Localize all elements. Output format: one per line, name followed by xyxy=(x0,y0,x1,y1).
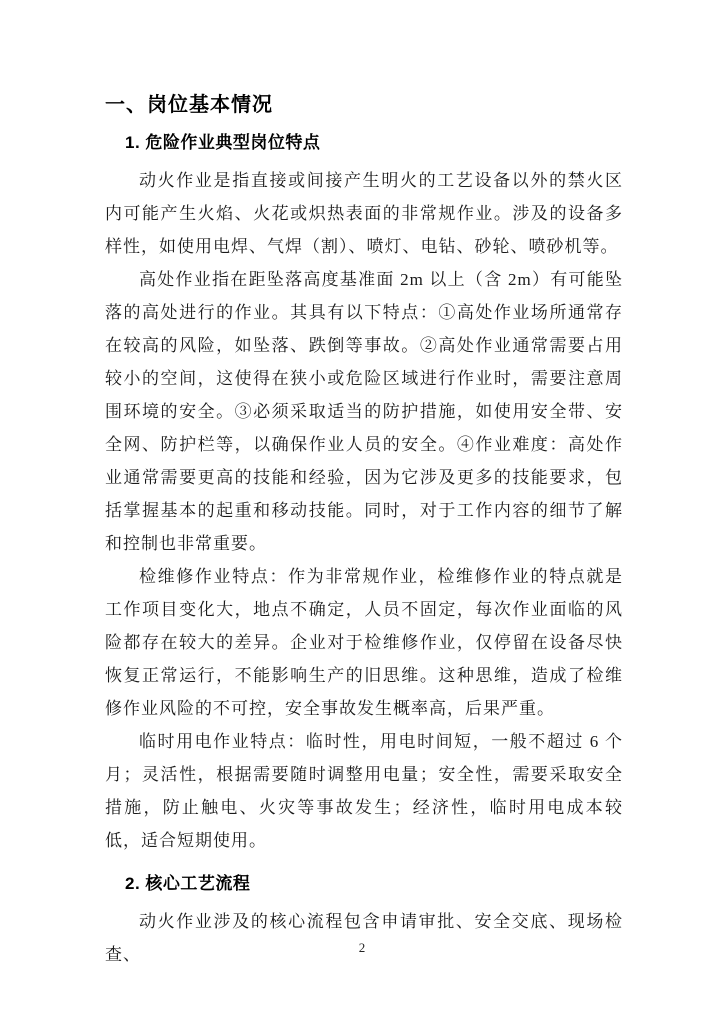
paragraph-hot-work: 动火作业是指直接或间接产生明火的工艺设备以外的禁火区内可能产生火焰、火花或炽热表… xyxy=(105,164,623,263)
paragraph-core-process: 动火作业涉及的核心流程包含申请审批、安全交底、现场检查、 xyxy=(105,905,623,971)
document-page: 一、岗位基本情况 1. 危险作业典型岗位特点 动火作业是指直接或间接产生明火的工… xyxy=(0,0,724,1024)
paragraph-work-at-height: 高处作业指在距坠落高度基准面 2m 以上（含 2m）有可能坠落的高处进行的作业。… xyxy=(105,263,623,560)
subsection-heading-2: 2. 核心工艺流程 xyxy=(125,873,623,895)
document-content: 一、岗位基本情况 1. 危险作业典型岗位特点 动火作业是指直接或间接产生明火的工… xyxy=(105,92,623,971)
subsection-heading-1: 1. 危险作业典型岗位特点 xyxy=(125,132,623,154)
paragraph-maintenance-work: 检维修作业特点：作为非常规作业，检维修作业的特点就是工作项目变化大，地点不确定，… xyxy=(105,560,623,725)
section-heading-1: 一、岗位基本情况 xyxy=(105,92,623,118)
page-number: 2 xyxy=(0,940,724,956)
paragraph-temporary-electricity: 临时用电作业特点：临时性，用电时间短，一般不超过 6 个月；灵活性，根据需要随时… xyxy=(105,725,623,857)
